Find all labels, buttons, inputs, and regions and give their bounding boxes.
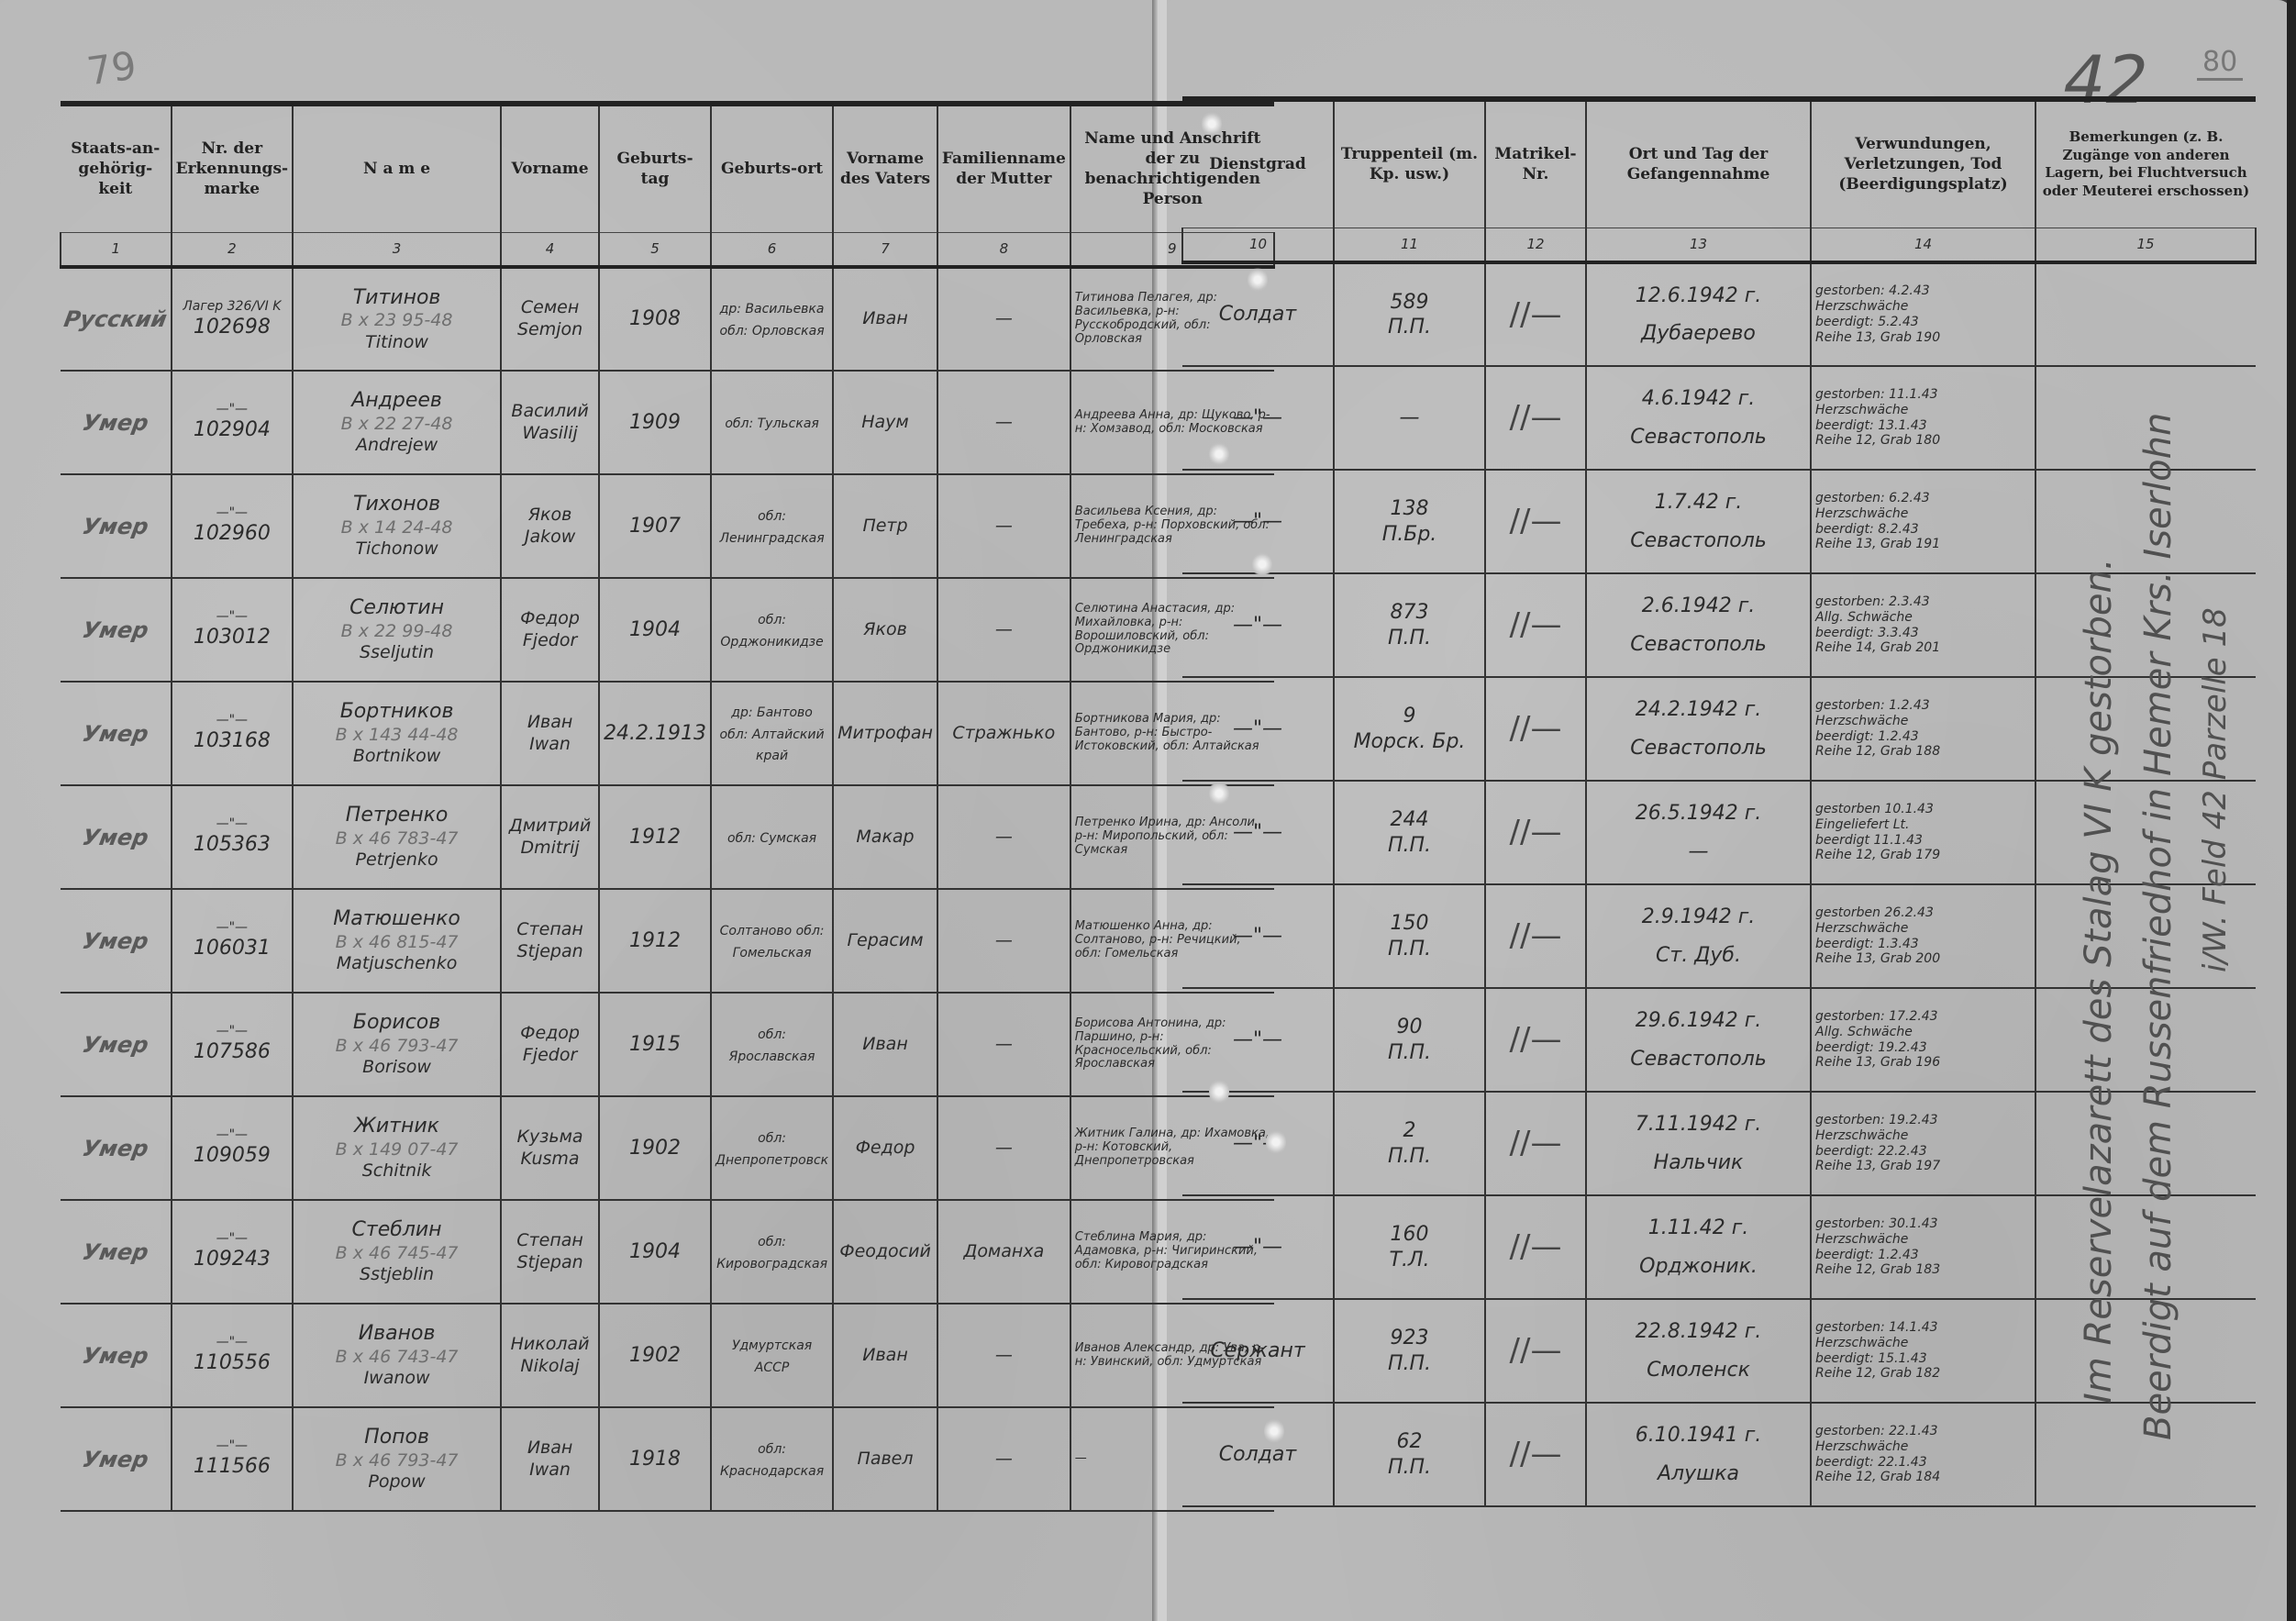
- unit-cell: 62П.П.: [1334, 1403, 1485, 1506]
- unit-number: 2: [1338, 1118, 1481, 1144]
- rank: —"—: [1233, 717, 1282, 740]
- surname-cyrillic: Бортников: [297, 699, 496, 725]
- nationality-text: Умер: [80, 824, 150, 851]
- mother-name: —: [995, 412, 1013, 432]
- unit-cell: 923П.П.: [1334, 1299, 1485, 1403]
- unit-cell: 244П.П.: [1334, 781, 1485, 884]
- death-cause: Herzschwäche: [1815, 1232, 2031, 1248]
- capture-cell: 6.10.1941 г.Алушка: [1586, 1403, 1811, 1506]
- death-cell: gestorben: 14.1.43Herzschwächebeerdigt: …: [1811, 1299, 2035, 1403]
- matrikel-mark: //—: [1510, 1332, 1562, 1369]
- column-number: 15: [2035, 228, 2256, 262]
- tag-top: —"—: [176, 713, 288, 728]
- nationality-text: Умер: [80, 1342, 150, 1370]
- capture-place: Дубаерево: [1591, 321, 1806, 347]
- nationality-cell: Умер: [61, 371, 172, 474]
- nationality-cell: Умер: [61, 578, 172, 682]
- tag-number-cell: —"—111566: [172, 1407, 293, 1511]
- name-cell: ПоповB x 46 793-47Popow: [293, 1407, 501, 1511]
- surname-latin: Schitnik: [297, 1160, 496, 1182]
- father-name: Федор: [856, 1138, 915, 1158]
- death-cell: gestorben: 6.2.43Herzschwächebeerdigt: 8…: [1811, 470, 2035, 573]
- mother-name-cell: —: [937, 889, 1070, 993]
- birth-date: 1915: [629, 1033, 681, 1056]
- capture-cell: 2.9.1942 г.Ст. Дуб.: [1586, 884, 1811, 988]
- unit-cell: 90П.П.: [1334, 988, 1485, 1092]
- matrikel-cell: //—: [1485, 1195, 1586, 1299]
- nationality-text: Умер: [80, 513, 150, 540]
- birth-place-cell: др: Васильевка обл: Орловская: [711, 267, 833, 371]
- nationality-cell: Умер: [61, 474, 172, 578]
- birth-place-cell: обл: Кировоградская: [711, 1200, 833, 1304]
- unit-number: 589: [1338, 290, 1481, 316]
- first-name-cyrillic: Кузьма: [505, 1127, 594, 1149]
- header-remarks: Bemerkungen (z. B. Zugänge von anderen L…: [2035, 99, 2256, 228]
- matrikel-cell: //—: [1485, 1403, 1586, 1506]
- burial-date: beerdigt: 1.2.43: [1815, 1248, 2031, 1263]
- nationality-cell: Умер: [61, 993, 172, 1096]
- left-column-number-row: 1 2 3 4 5 6 7 8 9: [61, 232, 1274, 267]
- birth-place-cell: обл: Днепропетровск: [711, 1096, 833, 1200]
- column-number: 11: [1334, 228, 1485, 262]
- surname-latin: Matjuschenko: [297, 953, 496, 975]
- birth-date-cell: 1908: [599, 267, 711, 371]
- matrikel-cell: //—: [1485, 366, 1586, 470]
- father-name: Герасим: [847, 930, 923, 950]
- death-date: gestorben: 17.2.43: [1815, 1009, 2031, 1025]
- right-ledger-table: Dienstgrad Truppenteil (m. Kp. usw.) Mat…: [1181, 96, 2257, 1507]
- mother-name-cell: —: [937, 578, 1070, 682]
- mother-name-cell: —: [937, 371, 1070, 474]
- tag-number-cell: —"—110556: [172, 1304, 293, 1407]
- rank: —"—: [1233, 1236, 1282, 1259]
- paper-damage-mark: [1202, 110, 1222, 138]
- rank-cell: Сержант: [1182, 1299, 1334, 1403]
- remarks-cell: [2035, 1299, 2256, 1403]
- tag-top: —"—: [176, 1231, 288, 1247]
- first-name-cell: КузьмаKusma: [501, 1096, 599, 1200]
- father-name-cell: Иван: [833, 993, 937, 1096]
- capture-place: Смоленск: [1591, 1358, 1806, 1383]
- table-row: Умер—"—102904АндреевB x 22 27-48Andrejew…: [61, 371, 1274, 474]
- rank: —"—: [1233, 614, 1282, 637]
- rank: —"—: [1233, 510, 1282, 533]
- mother-name: —: [995, 1449, 1013, 1469]
- birth-place-cell: обл: Сумская: [711, 785, 833, 889]
- tag-number: 102904: [176, 417, 288, 443]
- capture-cell: 26.5.1942 г.—: [1586, 781, 1811, 884]
- tag-number-cell: —"—103012: [172, 578, 293, 682]
- unit-type: П.Бр.: [1338, 522, 1481, 548]
- mother-name: —: [995, 1345, 1013, 1365]
- death-date: gestorben: 4.2.43: [1815, 283, 2031, 299]
- tag-number-cell: —"—109243: [172, 1200, 293, 1304]
- birth-date-cell: 24.2.1913: [599, 682, 711, 785]
- matrikel-cell: //—: [1485, 470, 1586, 573]
- birth-date: 1904: [629, 618, 681, 641]
- death-cause: Herzschwäche: [1815, 299, 2031, 315]
- father-name: Феодосий: [839, 1241, 931, 1261]
- first-name-cyrillic: Семен: [505, 297, 594, 319]
- father-name: Яков: [863, 619, 907, 639]
- burial-date: beerdigt: 19.2.43: [1815, 1040, 2031, 1056]
- first-name-cyrillic: Степан: [505, 919, 594, 941]
- registration-code: B x 46 815-47: [297, 932, 496, 954]
- nationality-text: Умер: [80, 1446, 150, 1473]
- registration-code: B x 23 95-48: [297, 310, 496, 332]
- remarks-cell: [2035, 262, 2256, 366]
- column-number: 13: [1586, 228, 1811, 262]
- capture-place: Севастополь: [1591, 1047, 1806, 1072]
- capture-date: 1.11.42 г.: [1591, 1216, 1806, 1241]
- surname-cyrillic: Селютин: [297, 595, 496, 621]
- surname-latin: Sstjeblin: [297, 1264, 496, 1286]
- left-ledger-table: Staats-an-gehörig-keit Nr. der Erkennung…: [60, 101, 1275, 1512]
- tag-number: 102960: [176, 521, 288, 547]
- surname-cyrillic: Стеблин: [297, 1217, 496, 1243]
- table-row: Умер—"—106031МатюшенкоB x 46 815-47Matju…: [61, 889, 1274, 993]
- capture-date: 4.6.1942 г.: [1591, 386, 1806, 412]
- matrikel-mark: //—: [1510, 1436, 1562, 1472]
- rank: Солдат: [1219, 1443, 1296, 1466]
- capture-cell: 2.6.1942 г.Севастополь: [1586, 573, 1811, 677]
- nationality-text: Умер: [80, 1031, 150, 1059]
- first-name-cyrillic: Федор: [505, 608, 594, 630]
- unit-number: 923: [1338, 1326, 1481, 1351]
- burial-date: beerdigt: 15.1.43: [1815, 1351, 2031, 1367]
- birth-place: Удмуртская АССР: [732, 1338, 812, 1375]
- surname-latin: Petrjenko: [297, 849, 496, 872]
- registration-code: B x 143 44-48: [297, 725, 496, 747]
- capture-cell: 4.6.1942 г.Севастополь: [1586, 366, 1811, 470]
- father-name: Макар: [856, 827, 914, 847]
- column-number: 12: [1485, 228, 1586, 262]
- birth-date-cell: 1912: [599, 785, 711, 889]
- tag-number-cell: —"—102904: [172, 371, 293, 474]
- matrikel-cell: //—: [1485, 988, 1586, 1092]
- tag-top: —"—: [176, 402, 288, 417]
- header-mother-name: Familienname der Mutter: [937, 104, 1070, 232]
- matrikel-cell: //—: [1485, 1092, 1586, 1195]
- death-cell: gestorben 26.2.43Herzschwächebeerdigt: 1…: [1811, 884, 2035, 988]
- remarks-cell: [2035, 1195, 2256, 1299]
- header-birth-place: Geburts-ort: [711, 104, 833, 232]
- first-name-cell: ВасилийWasilij: [501, 371, 599, 474]
- surname-latin: Sseljutin: [297, 642, 496, 664]
- tag-number: 109243: [176, 1247, 288, 1272]
- first-name-cyrillic: Степан: [505, 1230, 594, 1252]
- matrikel-cell: //—: [1485, 884, 1586, 988]
- column-number: 1: [61, 232, 172, 267]
- rank-cell: —"—: [1182, 884, 1334, 988]
- birth-place: обл: Краснодарская: [720, 1442, 824, 1479]
- burial-date: beerdigt: 3.3.43: [1815, 626, 2031, 641]
- table-row: —"—873П.П.//—2.6.1942 г.Севастопольgesto…: [1182, 573, 2256, 677]
- first-name-cyrillic: Иван: [505, 1438, 594, 1460]
- name-cell: ИвановB x 46 743-47Iwanow: [293, 1304, 501, 1407]
- death-cause: Herzschwäche: [1815, 506, 2031, 522]
- remarks-cell: [2035, 573, 2256, 677]
- unit-type: П.П.: [1338, 1455, 1481, 1481]
- first-name-latin: Iwan: [505, 1460, 594, 1482]
- surname-latin: Popow: [297, 1471, 496, 1493]
- tag-number: 106031: [176, 936, 288, 961]
- birth-date: 24.2.1913: [604, 722, 706, 745]
- birth-date-cell: 1902: [599, 1304, 711, 1407]
- capture-place: Севастополь: [1591, 736, 1806, 761]
- capture-date: 7.11.1942 г.: [1591, 1112, 1806, 1138]
- birth-place: обл: Тульская: [725, 416, 819, 431]
- first-name-latin: Stjepan: [505, 1252, 594, 1274]
- first-name-cyrillic: Николай: [505, 1334, 594, 1356]
- father-name-cell: Макар: [833, 785, 937, 889]
- capture-place: Орджоник.: [1591, 1254, 1806, 1280]
- father-name: Петр: [862, 516, 907, 536]
- paper-damage-mark: [1248, 266, 1268, 294]
- table-row: —"—160Т.Л.//—1.11.42 г.Орджоник.gestorbe…: [1182, 1195, 2256, 1299]
- table-row: РусскийЛагер 326/VI K102698ТитиновB x 23…: [61, 267, 1274, 371]
- tag-top: —"—: [176, 1024, 288, 1039]
- registration-code: B x 46 793-47: [297, 1450, 496, 1472]
- name-cell: БорисовB x 46 793-47Borisow: [293, 993, 501, 1096]
- registration-code: B x 22 99-48: [297, 621, 496, 643]
- first-name-cyrillic: Василий: [505, 401, 594, 423]
- tag-top: —"—: [176, 1438, 288, 1454]
- table-row: Умер—"—109243СтеблинB x 46 745-47Sstjebl…: [61, 1200, 1274, 1304]
- birth-place-cell: обл: Тульская: [711, 371, 833, 474]
- unit-cell: —: [1334, 366, 1485, 470]
- grave-location: Reihe 13, Grab 190: [1815, 330, 2031, 346]
- birth-place-cell: обл: Ярославская: [711, 993, 833, 1096]
- grave-location: Reihe 13, Grab 191: [1815, 537, 2031, 552]
- death-cause: Allg. Schwäche: [1815, 610, 2031, 626]
- burial-date: beerdigt 11.1.43: [1815, 833, 2031, 849]
- column-number: 2: [172, 232, 293, 267]
- death-cause: Herzschwäche: [1815, 403, 2031, 418]
- header-father-name: Vorname des Vaters: [833, 104, 937, 232]
- matrikel-cell: //—: [1485, 262, 1586, 366]
- surname-cyrillic: Тихонов: [297, 492, 496, 517]
- table-row: Умер—"—103012СелютинB x 22 99-48Sseljuti…: [61, 578, 1274, 682]
- table-row: Умер—"—109059ЖитникB x 149 07-47Schitnik…: [61, 1096, 1274, 1200]
- paper-damage-mark: [1209, 440, 1229, 468]
- birth-place: обл: Ярославская: [729, 1027, 815, 1064]
- grave-location: Reihe 14, Grab 201: [1815, 640, 2031, 656]
- burial-date: beerdigt: 5.2.43: [1815, 315, 2031, 330]
- capture-place: Севастополь: [1591, 632, 1806, 658]
- table-row: Умер—"—111566ПоповB x 46 793-47PopowИван…: [61, 1407, 1274, 1511]
- father-name-cell: Яков: [833, 578, 937, 682]
- capture-date: 22.8.1942 г.: [1591, 1319, 1806, 1345]
- tag-number-cell: —"—105363: [172, 785, 293, 889]
- rank: —"—: [1233, 925, 1282, 948]
- birth-place: Солтаново обл: Гомельская: [720, 924, 825, 960]
- nationality-cell: Русский: [61, 267, 172, 371]
- nationality-cell: Умер: [61, 1200, 172, 1304]
- tag-number-cell: —"—107586: [172, 993, 293, 1096]
- surname-latin: Tichonow: [297, 538, 496, 561]
- capture-cell: 29.6.1942 г.Севастополь: [1586, 988, 1811, 1092]
- death-date: gestorben: 11.1.43: [1815, 387, 2031, 403]
- birth-place: обл: Орджоникидзе: [720, 613, 823, 650]
- father-name: Иван: [862, 308, 907, 328]
- father-name: Иван: [862, 1345, 907, 1365]
- unit-type: Морск. Бр.: [1338, 729, 1481, 755]
- tag-top: —"—: [176, 505, 288, 521]
- nationality-text: Умер: [80, 616, 150, 644]
- father-name-cell: Феодосий: [833, 1200, 937, 1304]
- capture-place: Севастополь: [1591, 528, 1806, 554]
- unit-type: П.П.: [1338, 937, 1481, 962]
- father-name: Митрофан: [837, 723, 933, 743]
- first-name-cell: ДмитрийDmitrij: [501, 785, 599, 889]
- unit-number: 244: [1338, 807, 1481, 833]
- death-date: gestorben 10.1.43: [1815, 802, 2031, 817]
- capture-place: Севастополь: [1591, 425, 1806, 450]
- rank-cell: —"—: [1182, 366, 1334, 470]
- unit-type: П.П.: [1338, 1040, 1481, 1066]
- birth-place: др: Васильевка обл: Орловская: [720, 302, 825, 339]
- mother-name-cell: Доманха: [937, 1200, 1070, 1304]
- mother-name-cell: —: [937, 785, 1070, 889]
- birth-date-cell: 1907: [599, 474, 711, 578]
- column-number: 4: [501, 232, 599, 267]
- mother-name: —: [995, 308, 1013, 328]
- first-name-cyrillic: Яков: [505, 505, 594, 527]
- grave-location: Reihe 12, Grab 184: [1815, 1470, 2031, 1485]
- table-row: —"—244П.П.//—26.5.1942 г.—gestorben 10.1…: [1182, 781, 2256, 884]
- unit-cell: 150П.П.: [1334, 884, 1485, 988]
- birth-date-cell: 1904: [599, 1200, 711, 1304]
- unit-number: 90: [1338, 1015, 1481, 1040]
- column-number: 10: [1182, 228, 1334, 262]
- nationality-text: Умер: [80, 409, 150, 437]
- death-date: gestorben: 19.2.43: [1815, 1113, 2031, 1128]
- unit-type: П.П.: [1338, 833, 1481, 859]
- tag-number: 102698: [176, 315, 288, 340]
- birth-date-cell: 1918: [599, 1407, 711, 1511]
- matrikel-mark: //—: [1510, 1021, 1562, 1058]
- capture-date: 6.10.1941 г.: [1591, 1423, 1806, 1449]
- birth-date-cell: 1909: [599, 371, 711, 474]
- paper-damage-mark: [1266, 1128, 1286, 1156]
- surname-cyrillic: Андреев: [297, 388, 496, 414]
- tag-number-cell: Лагер 326/VI K102698: [172, 267, 293, 371]
- page-number-left: 79: [84, 43, 139, 94]
- matrikel-mark: //—: [1510, 1228, 1562, 1265]
- page-number-right-small: 80: [2197, 46, 2243, 81]
- grave-location: Reihe 12, Grab 179: [1815, 848, 2031, 863]
- tag-top: Лагер 326/VI K: [176, 299, 288, 315]
- nationality-cell: Умер: [61, 889, 172, 993]
- capture-date: 12.6.1942 г.: [1591, 283, 1806, 309]
- burial-date: beerdigt: 22.2.43: [1815, 1144, 2031, 1160]
- birth-place: др: Бантово обл: Алтайский край: [720, 705, 825, 764]
- mother-name-cell: —: [937, 267, 1070, 371]
- grave-location: Reihe 12, Grab 188: [1815, 744, 2031, 760]
- father-name: Наум: [861, 412, 909, 432]
- birth-date: 1902: [629, 1344, 681, 1367]
- burial-date: beerdigt: 8.2.43: [1815, 522, 2031, 538]
- table-row: Умер—"—105363ПетренкоB x 46 783-47Petrje…: [61, 785, 1274, 889]
- rank-cell: —"—: [1182, 1195, 1334, 1299]
- matrikel-mark: //—: [1510, 917, 1562, 954]
- matrikel-cell: //—: [1485, 1299, 1586, 1403]
- birth-date: 1902: [629, 1137, 681, 1160]
- remarks-cell: [2035, 988, 2256, 1092]
- tag-number: 105363: [176, 832, 288, 858]
- first-name-latin: Kusma: [505, 1149, 594, 1171]
- tag-number-cell: —"—109059: [172, 1096, 293, 1200]
- surname-latin: Bortnikow: [297, 746, 496, 768]
- table-row: Умер—"—103168БортниковB x 143 44-48Bortn…: [61, 682, 1274, 785]
- table-row: Сержант923П.П.//—22.8.1942 г.Смоленскges…: [1182, 1299, 2256, 1403]
- surname-cyrillic: Житник: [297, 1114, 496, 1139]
- table-row: Умер—"—110556ИвановB x 46 743-47IwanowНи…: [61, 1304, 1274, 1407]
- first-name-latin: Stjepan: [505, 941, 594, 963]
- tag-top: —"—: [176, 920, 288, 936]
- first-name-latin: Nikolaj: [505, 1356, 594, 1378]
- tag-number-cell: —"—102960: [172, 474, 293, 578]
- death-cell: gestorben: 19.2.43Herzschwächebeerdigt: …: [1811, 1092, 2035, 1195]
- nationality-text: Умер: [80, 1135, 150, 1162]
- birth-date: 1909: [629, 411, 681, 434]
- birth-date-cell: 1902: [599, 1096, 711, 1200]
- paper-damage-mark: [1209, 780, 1229, 807]
- registration-code: B x 46 783-47: [297, 828, 496, 850]
- father-name: Павел: [858, 1449, 914, 1469]
- unit-cell: 138П.Бр.: [1334, 470, 1485, 573]
- remarks-cell: [2035, 781, 2256, 884]
- death-cause: Allg. Schwäche: [1815, 1025, 2031, 1040]
- capture-cell: 7.11.1942 г.Нальчик: [1586, 1092, 1811, 1195]
- rank: —"—: [1233, 406, 1282, 429]
- unit-cell: 873П.П.: [1334, 573, 1485, 677]
- mother-name-cell: —: [937, 1304, 1070, 1407]
- capture-place: Ст. Дуб.: [1591, 943, 1806, 969]
- nationality-cell: Умер: [61, 1304, 172, 1407]
- surname-latin: Iwanow: [297, 1368, 496, 1390]
- grave-location: Reihe 12, Grab 182: [1815, 1366, 2031, 1382]
- surname-cyrillic: Борисов: [297, 1010, 496, 1036]
- paper-damage-mark: [1209, 1078, 1229, 1105]
- column-number: 7: [833, 232, 937, 267]
- capture-date: 26.5.1942 г.: [1591, 801, 1806, 827]
- surname-cyrillic: Попов: [297, 1425, 496, 1450]
- birth-place-cell: др: Бантово обл: Алтайский край: [711, 682, 833, 785]
- name-cell: МатюшенкоB x 46 815-47Matjuschenko: [293, 889, 501, 993]
- first-name-latin: Fjedor: [505, 1045, 594, 1067]
- death-date: gestorben: 1.2.43: [1815, 698, 2031, 714]
- unit-type: Т.Л.: [1338, 1248, 1481, 1273]
- scanner-edge: [2287, 0, 2296, 1621]
- grave-location: Reihe 13, Grab 197: [1815, 1159, 2031, 1174]
- table-row: —"—2П.П.//—7.11.1942 г.Нальчикgestorben:…: [1182, 1092, 2256, 1195]
- nationality-text: Русский: [61, 305, 169, 333]
- death-cell: gestorben: 4.2.43Herzschwächebeerdigt: 5…: [1811, 262, 2035, 366]
- unit-type: П.П.: [1338, 1144, 1481, 1170]
- tag-number-cell: —"—106031: [172, 889, 293, 993]
- right-column-number-row: 10 11 12 13 14 15: [1182, 228, 2256, 262]
- death-date: gestorben 26.2.43: [1815, 905, 2031, 921]
- capture-cell: 22.8.1942 г.Смоленск: [1586, 1299, 1811, 1403]
- name-cell: БортниковB x 143 44-48Bortnikow: [293, 682, 501, 785]
- remarks-cell: [2035, 366, 2256, 470]
- name-cell: АндреевB x 22 27-48Andrejew: [293, 371, 501, 474]
- table-row: —"—9Морск. Бр.//—24.2.1942 г.Севастополь…: [1182, 677, 2256, 781]
- unit-cell: 2П.П.: [1334, 1092, 1485, 1195]
- capture-date: 24.2.1942 г.: [1591, 697, 1806, 723]
